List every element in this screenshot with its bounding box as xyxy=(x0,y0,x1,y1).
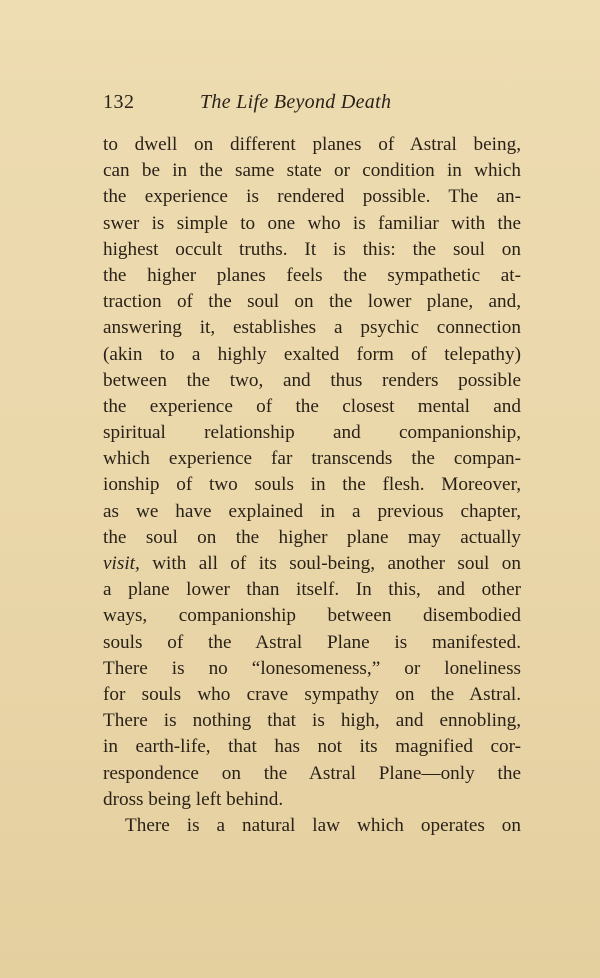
text-line: in earth-life, that has not its magnifie… xyxy=(103,734,521,760)
running-title: The Life Beyond Death xyxy=(200,88,391,116)
paragraph-start-line: There is a natural law which operates on xyxy=(103,813,521,839)
body-text: to dwell on different planes of Astral b… xyxy=(103,132,521,839)
text-line: respondence on the Astral Plane—only the xyxy=(103,761,521,787)
text-line: the soul on the higher plane may actuall… xyxy=(103,525,521,551)
text-line: the experience is rendered possible. The… xyxy=(103,184,521,210)
text-line: a plane lower than itself. In this, and … xyxy=(103,577,521,603)
text-line: for souls who crave sympathy on the Astr… xyxy=(103,682,521,708)
text-line: There is no “lonesomeness,” or lonelines… xyxy=(103,656,521,682)
text-line: (akin to a highly exalted form of telepa… xyxy=(103,342,521,368)
emphasis-visit: visit, xyxy=(103,553,140,574)
text-line: highest occult truths. It is this: the s… xyxy=(103,237,521,263)
text-line: swer is simple to one who is familiar wi… xyxy=(103,211,521,237)
text-line: to dwell on different planes of Astral b… xyxy=(103,132,521,158)
book-page: 132 The Life Beyond Death to dwell on di… xyxy=(103,88,521,839)
text-line: ways, companionship between disembodied xyxy=(103,603,521,629)
text-line: between the two, and thus renders possib… xyxy=(103,368,521,394)
text-line: the higher planes feels the sympathetic … xyxy=(103,263,521,289)
text-line: ionship of two souls in the flesh. Moreo… xyxy=(103,472,521,498)
text-line: answering it, establishes a psychic conn… xyxy=(103,315,521,341)
text-line-rest: with all of its soul-being, another soul… xyxy=(140,553,521,574)
text-line: can be in the same state or condition in… xyxy=(103,158,521,184)
paragraph-end-line: dross being left behind. xyxy=(103,787,521,813)
text-line: traction of the soul on the lower plane,… xyxy=(103,289,521,315)
text-line: spiritual relationship and companionship… xyxy=(103,420,521,446)
running-head: 132 The Life Beyond Death xyxy=(103,88,521,116)
text-line: There is nothing that is high, and ennob… xyxy=(103,708,521,734)
text-line: souls of the Astral Plane is manifested. xyxy=(103,630,521,656)
text-line: which experience far transcends the comp… xyxy=(103,446,521,472)
text-line: the experience of the closest mental and xyxy=(103,394,521,420)
page-number: 132 xyxy=(103,88,135,116)
text-line: as we have explained in a previous chapt… xyxy=(103,499,521,525)
text-line-with-emphasis: visit, with all of its soul-being, anoth… xyxy=(103,551,521,577)
